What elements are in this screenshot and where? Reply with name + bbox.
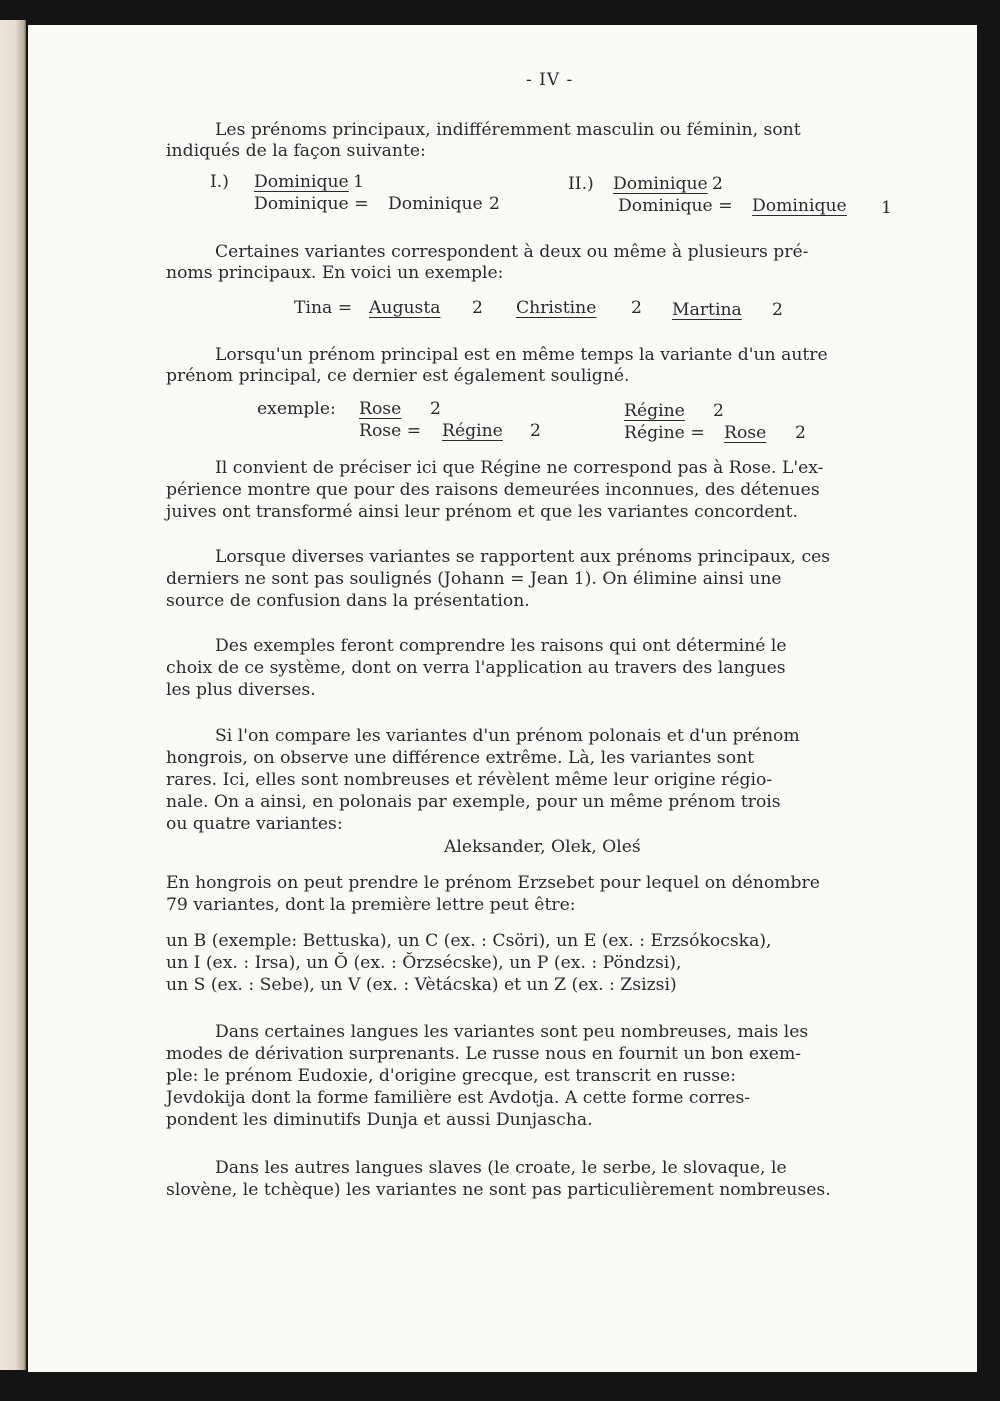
text-line: Lorsque diverses variantes se rapportent…	[215, 546, 830, 568]
principal-name: Rose	[359, 398, 401, 420]
text-line: noms principaux. En voici un exemple:	[166, 262, 503, 284]
text-line: Lorsqu'un prénom principal est en même t…	[215, 344, 828, 366]
book-binding-edge	[0, 20, 26, 1370]
text-line: périence montre que pour des raisons dem…	[166, 479, 820, 501]
text-line: Il convient de préciser ici que Régine n…	[215, 457, 824, 479]
text-line: Certaines variantes correspondent à deux…	[215, 241, 808, 263]
text-line: un S (ex. : Sebe), un V (ex. : Vètácska)…	[166, 974, 677, 996]
text-line: les plus diverses.	[166, 679, 316, 701]
text-line: pondent les diminutifs Dunja et aussi Du…	[166, 1109, 593, 1131]
text-line: modes de dérivation surprenants. Le russ…	[166, 1043, 801, 1065]
name-number: 2	[489, 193, 500, 215]
name-number: 2	[712, 173, 723, 195]
principal-name: Rose	[724, 422, 766, 444]
text-line: ple: le prénom Eudoxie, d'origine grecqu…	[166, 1065, 736, 1087]
variant-name: Régine =	[624, 422, 705, 444]
variant-name: Dominique =	[618, 195, 733, 217]
text-line: Dans les autres langues slaves (le croat…	[215, 1157, 787, 1179]
principal-name: Augusta	[369, 297, 441, 319]
example-label: I.)	[210, 171, 229, 193]
principal-name: Dominique	[254, 171, 349, 193]
example-polish-variants: Aleksander, Olek, Oleś	[444, 836, 641, 858]
name-number: 2	[530, 420, 541, 442]
text-line: Des exemples feront comprendre les raiso…	[215, 635, 787, 657]
text-line: nale. On a ainsi, en polonais par exempl…	[166, 791, 781, 813]
text-line: Si l'on compare les variantes d'un préno…	[215, 725, 800, 747]
principal-name: Dominique	[613, 173, 708, 195]
principal-name: Martina	[672, 299, 742, 321]
name-number: 1	[881, 197, 892, 219]
text-line: 79 variantes, dont la première lettre pe…	[166, 894, 576, 916]
name-number: 2	[795, 422, 806, 444]
name-number: 2	[713, 400, 724, 422]
text-line: un I (ex. : Irsa), un Ŏ (ex. : Ŏrzsécske…	[166, 952, 681, 974]
text-line: ou quatre variantes:	[166, 813, 343, 835]
text-line: Les prénoms principaux, indifféremment m…	[215, 119, 921, 141]
text-line: Jevdokija dont la forme familière est Av…	[166, 1087, 750, 1109]
principal-name: Christine	[516, 297, 596, 319]
name-number: 2	[430, 398, 441, 420]
variant-name: Tina =	[294, 297, 352, 319]
text-line: source de confusion dans la présentation…	[166, 590, 530, 612]
name-number: 2	[631, 297, 642, 319]
text-line: En hongrois on peut prendre le prénom Er…	[166, 872, 820, 894]
text-line: Dans certaines langues les variantes son…	[215, 1021, 808, 1043]
text-line: hongrois, on observe une différence extr…	[166, 747, 754, 769]
example-label: II.)	[568, 173, 594, 195]
text-line: indiqués de la façon suivante:	[166, 140, 426, 162]
page-number: - IV -	[28, 70, 977, 90]
variant-name: Dominique =	[254, 193, 369, 215]
variant-name: Rose =	[359, 420, 421, 442]
name-number: 2	[472, 297, 483, 319]
principal-name: Régine	[624, 400, 685, 422]
name-number: 2	[772, 299, 783, 321]
text-line: choix de ce système, dont on verra l'app…	[166, 657, 786, 679]
text-line: juives ont transformé ainsi leur prénom …	[166, 501, 798, 523]
name-number: 1	[353, 171, 364, 193]
document-page: - IV - Les prénoms principaux, indiffére…	[28, 25, 977, 1372]
text-line: prénom principal, ce dernier est égaleme…	[166, 365, 630, 387]
principal-name: Dominique	[752, 195, 847, 217]
principal-name: Dominique	[388, 193, 483, 215]
example-label: exemple:	[257, 398, 336, 420]
principal-name: Régine	[442, 420, 503, 442]
text-line: slovène, le tchèque) les variantes ne so…	[166, 1179, 831, 1201]
text-line: un B (exemple: Bettuska), un C (ex. : Cs…	[166, 930, 771, 952]
text-line: rares. Ici, elles sont nombreuses et rév…	[166, 769, 772, 791]
text-line: derniers ne sont pas soulignés (Johann =…	[166, 568, 782, 590]
